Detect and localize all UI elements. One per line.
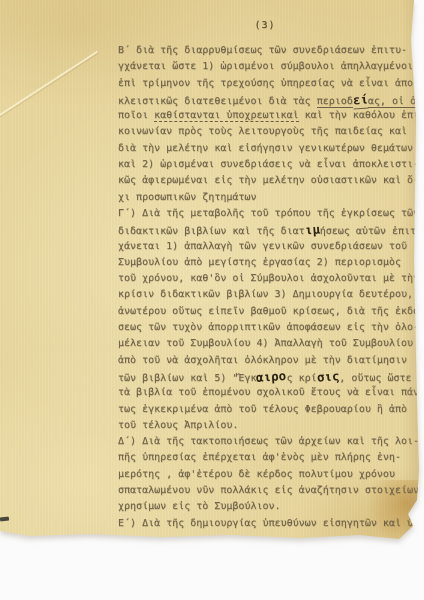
handwritten-correction: εί bbox=[352, 91, 368, 109]
text-line: ἀνωτέρου οὕτως εἰπεῖν βαθμοῦ κρίσεως, δι… bbox=[118, 304, 414, 320]
document-page: (3) Β΄ διὰ τῆς διαρρυθμίσεως τῶν συνεδρι… bbox=[0, 0, 424, 600]
text-segment: διδακτικῶν βιβλίων καὶ τῆς διατ bbox=[118, 226, 305, 237]
text-segment: Ε΄) Διὰ τῆς δημιουργίας ὑπευθύνων εἰσηγη… bbox=[118, 518, 419, 529]
text-segment: πῆς ὑπηρεσίας ἐπέρχεται ἀφ'ἑνὸς μὲν πλήρ… bbox=[118, 452, 401, 463]
text-line: τοῦ χρόνου, καθ'ὃν οἱ Σύμβουλοι ἀσχολοῦν… bbox=[118, 271, 414, 287]
text-segment: , οὕτως ὥστε bbox=[339, 373, 411, 384]
text-segment: τὰ βιβλία τοῦ ἑπομένου σχολικοῦ ἔτους νὰ… bbox=[118, 387, 424, 398]
text-line: κῶς ἀφιερωμέναι εἰς τὴν μελέτην οὐσιαστι… bbox=[118, 173, 414, 189]
text-line: σεως τῶν τυχὸν ἀπορριπτικῶν ἀποφάσεων εἰ… bbox=[118, 320, 414, 336]
text-segment: τοῦ χρόνου, καθ'ὃν οἱ Σύμβουλοι ἀσχολοῦν… bbox=[118, 273, 419, 284]
text-line: Δ΄) Διὰ τῆς τακτοποιήσεως τῶν ἀρχείων κα… bbox=[118, 434, 414, 450]
page-number: (3) bbox=[118, 20, 412, 31]
text-segment: χρησίμων εἰς τὸ Συμβούλιον. bbox=[118, 501, 281, 512]
edge-mark bbox=[0, 517, 9, 522]
scanned-page-background: (3) Β΄ διὰ τῆς διαρρυθμίσεως τῶν συνεδρι… bbox=[0, 0, 424, 600]
text-segment: καὶ τὴν καθόλου ἐπι- bbox=[299, 110, 424, 121]
text-segment: σεως τῶν τυχὸν ἀπορριπτικῶν ἀποφάσεων εἰ… bbox=[118, 322, 419, 333]
text-line: χάνεται 1) ἀπαλλαγὴ τῶν γενικῶν συνεδριά… bbox=[118, 239, 414, 255]
text-segment: μερότης , ἀφ'ἑτέρου δὲ κέρδος πολυτίμου … bbox=[118, 469, 395, 480]
text-segment: ας, οἱ ὁ- bbox=[368, 96, 422, 108]
handwritten-correction: ιμ bbox=[304, 222, 320, 239]
text-segment: σπαταλωμένου νῦν πολλάκις εἰς ἀναζήτησιν… bbox=[118, 485, 419, 496]
text-line: σπαταλωμένου νῦν πολλάκις εἰς ἀναζήτησιν… bbox=[118, 483, 414, 499]
text-line: διδακτικῶν βιβλίων καὶ τῆς διατιμήσεως α… bbox=[118, 222, 414, 238]
text-segment: μέλειαν τοῦ Συμβουλίου 4) Ἀπαλλαγὴ τοῦ Σ… bbox=[118, 338, 413, 349]
text-line: ἀπὸ τοῦ νὰ ἀσχολῆται ὁλόκληρον μὲ τὴν δι… bbox=[118, 353, 414, 369]
text-line: Β΄ διὰ τῆς διαρρυθμίσεως τῶν συνεδριάσεω… bbox=[118, 43, 414, 59]
text-segment: τως ἐγκεκριμένα ἀπὸ τοῦ τέλους Φεβρουαρί… bbox=[118, 404, 407, 415]
text-line: μέλειαν τοῦ Συμβουλίου 4) Ἀπαλλαγὴ τοῦ Σ… bbox=[118, 336, 414, 352]
text-line: κρίσιν διδακτικῶν βιβλίων 3) Δημιουργία … bbox=[118, 287, 414, 303]
text-segment: ήσεως αὐτῶν ἐπιτυ bbox=[320, 226, 422, 237]
text-line: μερότης , ἀφ'ἑτέρου δὲ κέρδος πολυτίμου … bbox=[118, 467, 414, 483]
handwritten-correction: σις bbox=[316, 368, 340, 386]
paper-crease bbox=[0, 51, 98, 123]
text-segment: ς κρί bbox=[287, 373, 317, 384]
text-segment: Δ΄) Διὰ τῆς τακτοποιήσεως τῶν ἀρχείων κα… bbox=[118, 436, 419, 447]
text-segment: κοινωνίαν πρὸς τοὺς λειτουργοὺς τῆς παιδ… bbox=[118, 126, 407, 137]
text-segment: χι προσωπικῶν ζητημάτων bbox=[118, 192, 256, 203]
text-segment: διὰ τὴν μελέτην καὶ εἰσήγησιν γενικωτέρω… bbox=[118, 143, 413, 154]
text-line: τῶν βιβλίων καὶ 5) "Ἔγκαιρος κρίσις, οὕτ… bbox=[118, 369, 414, 385]
text-line: χι προσωπικῶν ζητημάτων bbox=[118, 190, 414, 206]
text-segment: Συμβουλίου ἀπὸ μεγίστης ἐργασίας 2) περι… bbox=[118, 257, 401, 268]
text-line: Ε΄) Διὰ τῆς δημιουργίας ὑπευθύνων εἰσηγη… bbox=[118, 516, 414, 532]
text-segment: ἐπὶ τρίμηνον τῆς τρεχούσης ὑπηρεσίας νὰ … bbox=[118, 78, 419, 89]
typewritten-text-block: Β΄ διὰ τῆς διαρρυθμίσεως τῶν συνεδριάσεω… bbox=[118, 43, 414, 532]
text-line: διὰ τὴν μελέτην καὶ εἰσήγησιν γενικωτέρω… bbox=[118, 141, 414, 157]
text-segment: τοῦ τέλους Ἀπριλίου. bbox=[118, 420, 238, 431]
text-line: τως ἐγκεκριμένα ἀπὸ τοῦ τέλους Φεβρουαρί… bbox=[118, 402, 414, 418]
text-line: χρησίμων εἰς τὸ Συμβούλιον. bbox=[118, 499, 414, 515]
text-line: τοῦ τέλους Ἀπριλίου. bbox=[118, 418, 414, 434]
text-line: ἐπὶ τρίμηνον τῆς τρεχούσης ὑπηρεσίας νὰ … bbox=[118, 76, 414, 92]
text-segment: χάνεται 1) ἀπαλλαγὴ τῶν γενικῶν συνεδριά… bbox=[118, 241, 407, 252]
text-segment: περιοδ bbox=[317, 96, 353, 108]
text-segment: Γ΄) Διὰ τῆς μεταβολῆς τοῦ τρόπου τῆς ἐγκ… bbox=[118, 208, 419, 219]
text-line: ποῖοι καθίστανται ὑποχρεωτικαὶ καὶ τὴν κ… bbox=[118, 108, 414, 124]
text-segment: τῶν βιβλίων καὶ 5) "Ἔγκ bbox=[118, 373, 256, 384]
text-line: κοινωνίαν πρὸς τοὺς λειτουργοὺς τῆς παιδ… bbox=[118, 124, 414, 140]
text-segment: ποῖοι bbox=[118, 110, 154, 121]
text-line: τὰ βιβλία τοῦ ἑπομένου σχολικοῦ ἔτους νὰ… bbox=[118, 385, 414, 401]
text-segment: καθίστανται ὑποχρεωτικαὶ bbox=[154, 110, 299, 122]
text-segment: Β΄ διὰ τῆς διαρρυθμίσεως τῶν συνεδριάσεω… bbox=[118, 45, 407, 56]
text-line: γχάνεται ὥστε 1) ὡρισμένοι σύμβουλοι ἀπη… bbox=[118, 59, 414, 75]
text-segment: κῶς ἀφιερωμέναι εἰς τὴν μελέτην οὐσιαστι… bbox=[118, 175, 419, 186]
text-segment: κρίσιν διδακτικῶν βιβλίων 3) Δημιουργία … bbox=[118, 289, 413, 300]
handwritten-correction: αιρο bbox=[256, 368, 287, 386]
text-segment: γχάνεται ὥστε 1) ὡρισμένοι σύμβουλοι ἀπη… bbox=[118, 61, 413, 72]
text-segment: καὶ 2) ὡρισμέναι συνεδριάσεις νὰ εἶναι ἀ… bbox=[118, 159, 419, 170]
text-line: κλειστικῶς διατεθειμένοι διὰ τὰς περιοδε… bbox=[118, 92, 414, 108]
text-line: Γ΄) Διὰ τῆς μεταβολῆς τοῦ τρόπου τῆς ἐγκ… bbox=[118, 206, 414, 222]
text-segment: ἀπὸ τοῦ νὰ ἀσχολῆται ὁλόκληρον μὲ τὴν δι… bbox=[118, 355, 407, 366]
text-segment: ἀνωτέρου οὕτως εἰπεῖν βαθμοῦ κρίσεως, δι… bbox=[118, 306, 424, 317]
text-line: καὶ 2) ὡρισμέναι συνεδριάσεις νὰ εἶναι ἀ… bbox=[118, 157, 414, 173]
text-line: πῆς ὑπηρεσίας ἐπέρχεται ἀφ'ἑνὸς μὲν πλήρ… bbox=[118, 450, 414, 466]
paper-shadow-wrap: (3) Β΄ διὰ τῆς διαρρυθμίσεως τῶν συνεδρι… bbox=[0, 0, 424, 600]
text-line: Συμβουλίου ἀπὸ μεγίστης ἐργασίας 2) περι… bbox=[118, 255, 414, 271]
text-segment: κλειστικῶς διατεθειμένοι διὰ τὰς bbox=[118, 96, 317, 107]
